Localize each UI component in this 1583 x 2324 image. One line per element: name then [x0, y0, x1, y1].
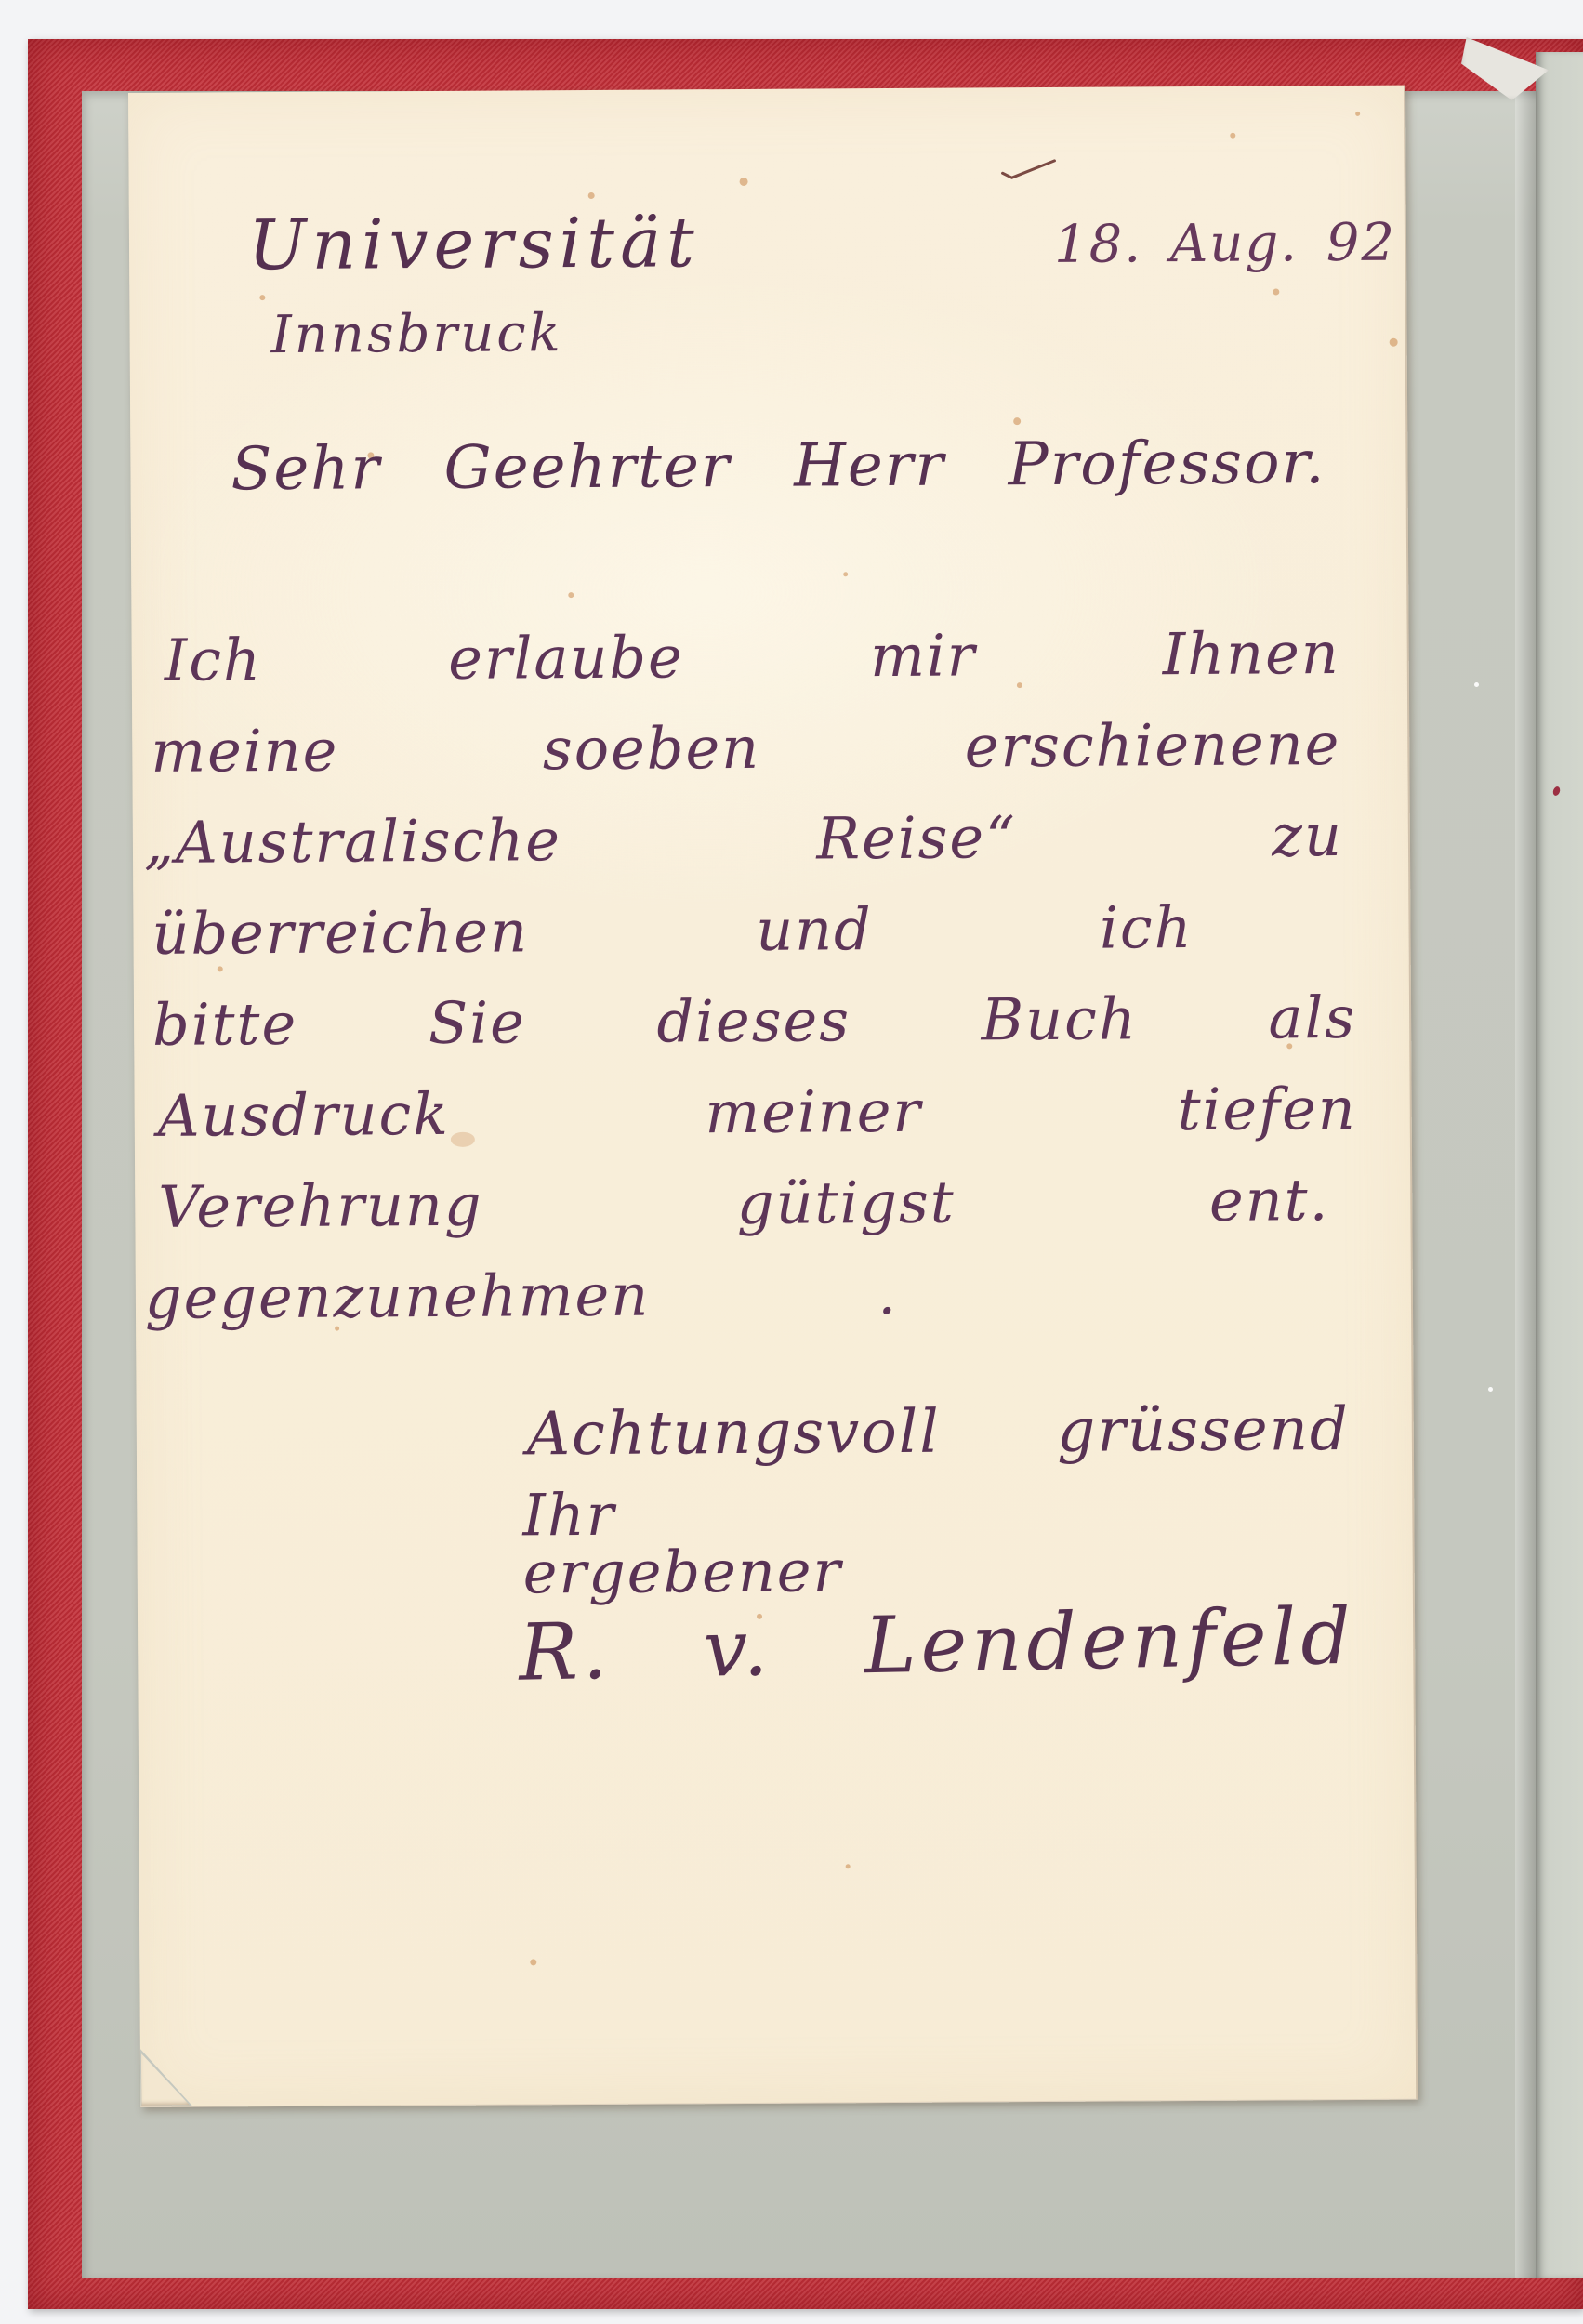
foxing-spot — [568, 592, 574, 598]
photo-backdrop: Universität Innsbruck 18. Aug. 92 Sehr G… — [0, 0, 1583, 2324]
foxing-spot — [1230, 133, 1235, 139]
salutation-line: Sehr Geehrter Herr Professor. — [231, 433, 1326, 499]
body-line: Ich erlaube mir Ihnen — [165, 625, 1340, 690]
pen-checkmark — [1000, 158, 1056, 180]
foxing-spot — [740, 178, 748, 186]
body-line: meine soeben erschienene — [151, 716, 1340, 781]
foxing-spot — [259, 295, 265, 300]
foxing-spot — [1273, 288, 1279, 295]
letter-paper: Universität Innsbruck 18. Aug. 92 Sehr G… — [128, 86, 1418, 2107]
paper-speck — [1474, 682, 1479, 687]
body-line: Verehrung gütigst ent. — [158, 1171, 1329, 1236]
body-line: gegenzunehmen . — [145, 1265, 898, 1327]
letterhead-institution: Universität — [248, 208, 700, 280]
letter-date: 18. Aug. 92 — [1054, 218, 1396, 271]
closing-line-respectful: Achtungsvoll grüssend — [527, 1400, 1350, 1464]
closing-line-devoted: Ihr ergebener — [522, 1485, 872, 1602]
paper-speck — [1488, 1387, 1493, 1392]
foxing-spot — [846, 1864, 851, 1868]
endpaper-flap — [1536, 52, 1583, 2278]
body-line: Ausdruck meiner tiefen — [158, 1080, 1357, 1145]
foxing-spot — [1013, 417, 1021, 425]
foxing-spot — [843, 572, 848, 576]
foxing-spot — [1355, 112, 1360, 116]
foxing-spot — [1390, 338, 1398, 347]
signature-line: R. v. Lendenfeld — [518, 1597, 1356, 1692]
body-line: „Australische Reise“ zu — [144, 807, 1343, 872]
letterhead-city: Innsbruck — [270, 308, 562, 362]
foxing-spot — [530, 1959, 536, 1965]
foxing-spot — [588, 192, 595, 199]
body-line: bitte Sie dieses Buch als — [152, 989, 1356, 1054]
hinge-crease — [1515, 91, 1537, 2278]
body-line: überreichen und ich — [152, 899, 1193, 963]
